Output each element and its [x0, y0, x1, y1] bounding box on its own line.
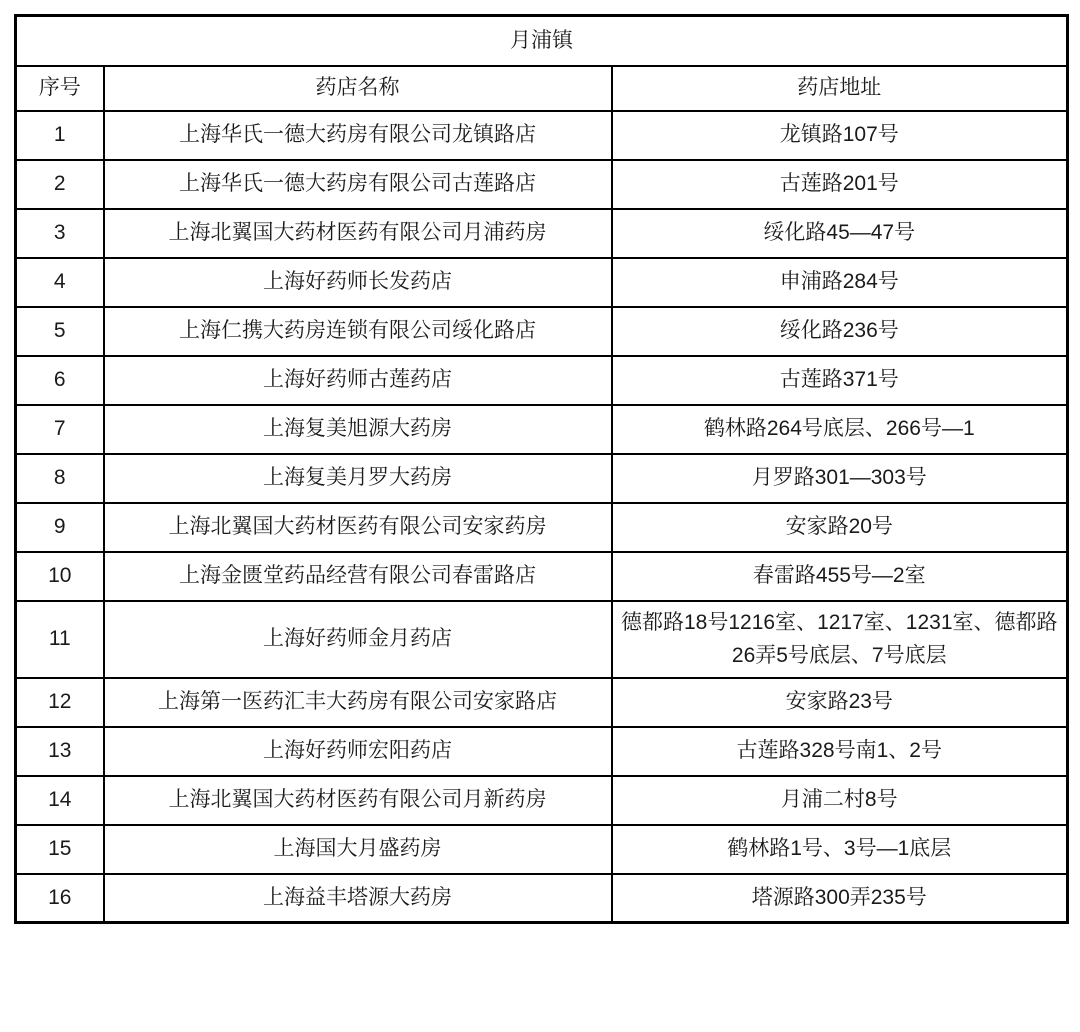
column-header-address: 药店地址: [612, 66, 1068, 111]
cell-no: 8: [16, 454, 104, 503]
cell-name: 上海好药师金月药店: [104, 601, 612, 678]
table-row: 1上海华氏一德大药房有限公司龙镇路店龙镇路107号: [16, 111, 1068, 160]
cell-address: 古莲路371号: [612, 356, 1068, 405]
table-row: 9上海北翼国大药材医药有限公司安家药房安家路20号: [16, 503, 1068, 552]
cell-address: 古莲路201号: [612, 160, 1068, 209]
cell-no: 9: [16, 503, 104, 552]
column-header-name: 药店名称: [104, 66, 612, 111]
cell-no: 11: [16, 601, 104, 678]
cell-name: 上海仁携大药房连锁有限公司绥化路店: [104, 307, 612, 356]
cell-address: 安家路23号: [612, 678, 1068, 727]
cell-address: 月浦二村8号: [612, 776, 1068, 825]
table-title-row: 月浦镇: [16, 16, 1068, 66]
cell-no: 5: [16, 307, 104, 356]
cell-address: 春雷路455号—2室: [612, 552, 1068, 601]
cell-address: 绥化路236号: [612, 307, 1068, 356]
table-row: 4上海好药师长发药店申浦路284号: [16, 258, 1068, 307]
cell-no: 3: [16, 209, 104, 258]
cell-no: 15: [16, 825, 104, 874]
cell-address: 绥化路45—47号: [612, 209, 1068, 258]
cell-name: 上海北翼国大药材医药有限公司安家药房: [104, 503, 612, 552]
table-row: 5上海仁携大药房连锁有限公司绥化路店绥化路236号: [16, 307, 1068, 356]
cell-name: 上海好药师长发药店: [104, 258, 612, 307]
table-header-row: 序号 药店名称 药店地址: [16, 66, 1068, 111]
cell-name: 上海好药师宏阳药店: [104, 727, 612, 776]
table-row: 12上海第一医药汇丰大药房有限公司安家路店安家路23号: [16, 678, 1068, 727]
column-header-no: 序号: [16, 66, 104, 111]
cell-name: 上海金匮堂药品经营有限公司春雷路店: [104, 552, 612, 601]
cell-address: 鹤林路264号底层、266号—1: [612, 405, 1068, 454]
pharmacy-table: 月浦镇 序号 药店名称 药店地址 1上海华氏一德大药房有限公司龙镇路店龙镇路10…: [14, 14, 1069, 924]
cell-name: 上海复美旭源大药房: [104, 405, 612, 454]
table-row: 7上海复美旭源大药房鹤林路264号底层、266号—1: [16, 405, 1068, 454]
cell-no: 12: [16, 678, 104, 727]
cell-address: 月罗路301—303号: [612, 454, 1068, 503]
table-row: 14上海北翼国大药材医药有限公司月新药房月浦二村8号: [16, 776, 1068, 825]
table-title: 月浦镇: [16, 16, 1068, 66]
cell-name: 上海第一医药汇丰大药房有限公司安家路店: [104, 678, 612, 727]
cell-name: 上海北翼国大药材医药有限公司月浦药房: [104, 209, 612, 258]
cell-address: 塔源路300弄235号: [612, 874, 1068, 923]
cell-no: 6: [16, 356, 104, 405]
cell-address: 鹤林路1号、3号—1底层: [612, 825, 1068, 874]
table-row: 2上海华氏一德大药房有限公司古莲路店古莲路201号: [16, 160, 1068, 209]
cell-no: 16: [16, 874, 104, 923]
cell-name: 上海北翼国大药材医药有限公司月新药房: [104, 776, 612, 825]
cell-name: 上海好药师古莲药店: [104, 356, 612, 405]
cell-no: 13: [16, 727, 104, 776]
table-row: 3上海北翼国大药材医药有限公司月浦药房绥化路45—47号: [16, 209, 1068, 258]
cell-address: 德都路18号1216室、1217室、1231室、德都路26弄5号底层、7号底层: [612, 601, 1068, 678]
cell-name: 上海益丰塔源大药房: [104, 874, 612, 923]
cell-name: 上海华氏一德大药房有限公司龙镇路店: [104, 111, 612, 160]
table-row: 6上海好药师古莲药店古莲路371号: [16, 356, 1068, 405]
table-row: 13上海好药师宏阳药店古莲路328号南1、2号: [16, 727, 1068, 776]
cell-name: 上海国大月盛药房: [104, 825, 612, 874]
table-row: 8上海复美月罗大药房月罗路301—303号: [16, 454, 1068, 503]
table-row: 15上海国大月盛药房鹤林路1号、3号—1底层: [16, 825, 1068, 874]
cell-name: 上海华氏一德大药房有限公司古莲路店: [104, 160, 612, 209]
cell-no: 14: [16, 776, 104, 825]
cell-address: 申浦路284号: [612, 258, 1068, 307]
cell-no: 1: [16, 111, 104, 160]
cell-address: 安家路20号: [612, 503, 1068, 552]
cell-no: 2: [16, 160, 104, 209]
cell-name: 上海复美月罗大药房: [104, 454, 612, 503]
table-row: 10上海金匮堂药品经营有限公司春雷路店春雷路455号—2室: [16, 552, 1068, 601]
cell-no: 10: [16, 552, 104, 601]
cell-address: 古莲路328号南1、2号: [612, 727, 1068, 776]
cell-no: 7: [16, 405, 104, 454]
cell-no: 4: [16, 258, 104, 307]
table-row: 11上海好药师金月药店德都路18号1216室、1217室、1231室、德都路26…: [16, 601, 1068, 678]
page: 月浦镇 序号 药店名称 药店地址 1上海华氏一德大药房有限公司龙镇路店龙镇路10…: [0, 0, 1080, 1032]
cell-address: 龙镇路107号: [612, 111, 1068, 160]
table-row: 16上海益丰塔源大药房塔源路300弄235号: [16, 874, 1068, 923]
